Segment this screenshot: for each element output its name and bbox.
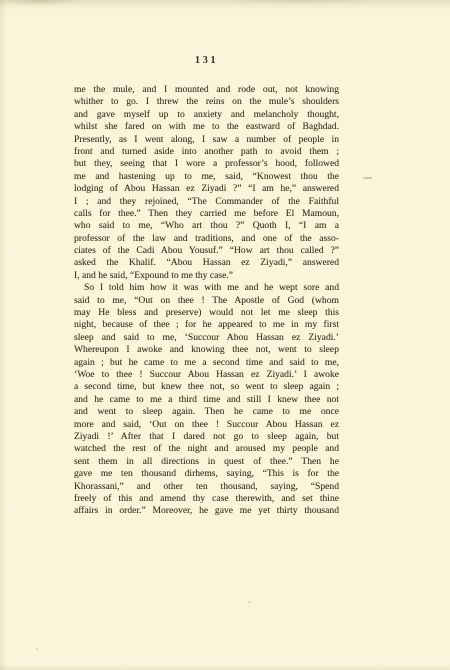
text-line: So I told him how it was with me and he … xyxy=(74,282,339,294)
scan-artifact xyxy=(363,177,372,180)
text-line: sleep and said to me, ‘Succour Abou Hass… xyxy=(74,332,339,344)
scan-edge-shadow-bottom xyxy=(0,664,450,670)
scan-edge-shadow-left xyxy=(0,0,7,670)
text-line: a second time, but knew thee not, so wen… xyxy=(74,381,339,393)
paper-speck xyxy=(248,601,251,603)
text-line: me the mule, and I mounted and rode out,… xyxy=(74,84,339,96)
text-line: professor of the law and traditions, and… xyxy=(74,233,339,245)
text-line: again ; but he came to me a second time … xyxy=(74,357,339,369)
text-line: I, and he said, “Expound to me thy case.… xyxy=(74,270,339,282)
text-line: who said to me, “Who art thou ?” Quoth I… xyxy=(74,220,339,232)
text-line: Presently, as I went along, I saw a numb… xyxy=(74,134,339,146)
scan-edge-shadow-top xyxy=(0,0,450,10)
book-page: 131 me the mule, and I mounted and rode … xyxy=(0,0,450,670)
text-line: but they, seeing that I wore a professor… xyxy=(74,158,339,170)
text-line: affairs in order.” Moreover, he gave me … xyxy=(74,505,339,517)
text-line: whither to go. I threw the reins on the … xyxy=(74,96,339,108)
text-line: Whereupon I awoke and knowing thee not, … xyxy=(74,344,339,356)
text-line: calls for thee.” Then they carried me be… xyxy=(74,208,339,220)
text-line: Khorassani,” and other ten thousand, say… xyxy=(74,481,339,493)
text-line: said to me, “Out on thee ! The Apostle o… xyxy=(74,295,339,307)
text-line: I ; and they rejoined, “The Commander of… xyxy=(74,196,339,208)
text-line: ciates of the Cadi Abou Yousuf.” “How ar… xyxy=(74,245,339,257)
page-number: 131 xyxy=(74,55,339,66)
text-line: ‘Woe to thee ! Succour Abou Hassan ez Zi… xyxy=(74,369,339,381)
text-line: Ziyadi !’ After that I dared not go to s… xyxy=(74,431,339,443)
text-line: gave me ten thousand dirhems, saying, “T… xyxy=(74,468,339,480)
text-line: and went to sleep again. Then he came to… xyxy=(74,406,339,418)
text-line: sent them in all directions in quest of … xyxy=(74,456,339,468)
text-line: night, because of thee ; for he appeared… xyxy=(74,319,339,331)
text-line: and he came to me a third time and still… xyxy=(74,394,339,406)
text-line: whilst she fared on with me to the eastw… xyxy=(74,121,339,133)
page-text: me the mule, and I mounted and rode out,… xyxy=(74,84,339,518)
text-line: front and turned aside into another path… xyxy=(74,146,339,158)
text-line: freely of this and amend thy case therew… xyxy=(74,493,339,505)
text-line: me and hastening up to me, said, “Knowes… xyxy=(74,171,339,183)
text-line: more and said, ‘Out on thee ! Succour Ab… xyxy=(74,419,339,431)
paper-speck xyxy=(36,648,38,650)
text-line: may He bless and preserve) would not let… xyxy=(74,307,339,319)
text-line: and gave myself up to anxiety and melanc… xyxy=(74,109,339,121)
text-line: watched the rest of the night and arouse… xyxy=(74,443,339,455)
text-line: asked the Khalif. “Abou Hassan ez Ziyadi… xyxy=(74,257,339,269)
text-line: lodging of Abou Hassan ez Ziyadi ?” “I a… xyxy=(74,183,339,195)
